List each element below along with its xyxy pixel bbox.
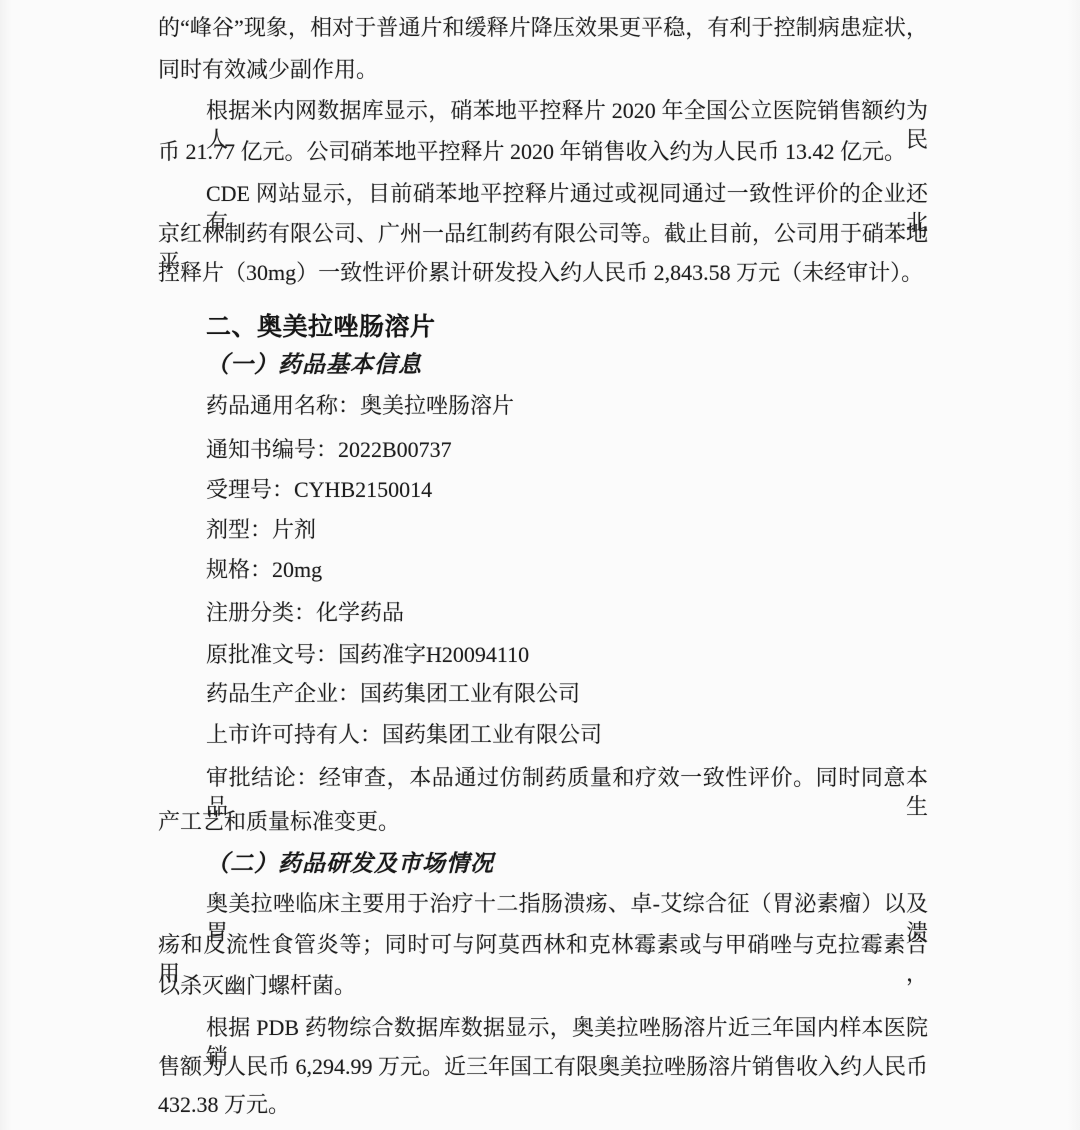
text-line: 币 21.77 亿元。公司硝苯地平控释片 2020 年销售收入约为人民币 13.…: [158, 138, 928, 167]
field-line: 剂型：片剂: [206, 516, 928, 545]
field-line: 受理号：CYHB2150014: [206, 476, 928, 505]
subsection-heading: （一）药品基本信息: [206, 350, 928, 380]
text-line: 产工艺和质量标准变更。: [158, 808, 928, 837]
text-line: 432.38 万元。: [158, 1091, 928, 1120]
field-line: 上市许可持有人：国药集团工业有限公司: [206, 721, 928, 750]
field-line: 通知书编号：2022B00737: [206, 436, 928, 465]
field-line: 药品通用名称：奥美拉唑肠溶片: [206, 392, 928, 421]
text-line: 同时有效减少副作用。: [158, 56, 928, 85]
field-line: 注册分类：化学药品: [206, 599, 928, 628]
text-line: 以杀灭幽门螺杆菌。: [158, 972, 928, 1001]
field-line: 规格：20mg: [206, 556, 928, 585]
text-line: 的“峰谷”现象，相对于普通片和缓释片降压效果更平稳，有利于控制病患症状，: [158, 14, 928, 43]
field-line: 原批准文号：国药准字H20094110: [206, 641, 928, 670]
document-page: 的“峰谷”现象，相对于普通片和缓释片降压效果更平稳，有利于控制病患症状， 同时有…: [0, 0, 1080, 1130]
text-line: 控释片（30mg）一致性评价累计研发投入约人民币 2,843.58 万元（未经审…: [158, 259, 928, 288]
subsection-heading: （二）药品研发及市场情况: [206, 849, 928, 879]
text-line: 售额为人民币 6,294.99 万元。近三年国工有限奥美拉唑肠溶片销售收入约人民…: [158, 1053, 928, 1082]
field-line: 药品生产企业：国药集团工业有限公司: [206, 680, 928, 709]
section-heading: 二、奥美拉唑肠溶片: [206, 311, 928, 344]
